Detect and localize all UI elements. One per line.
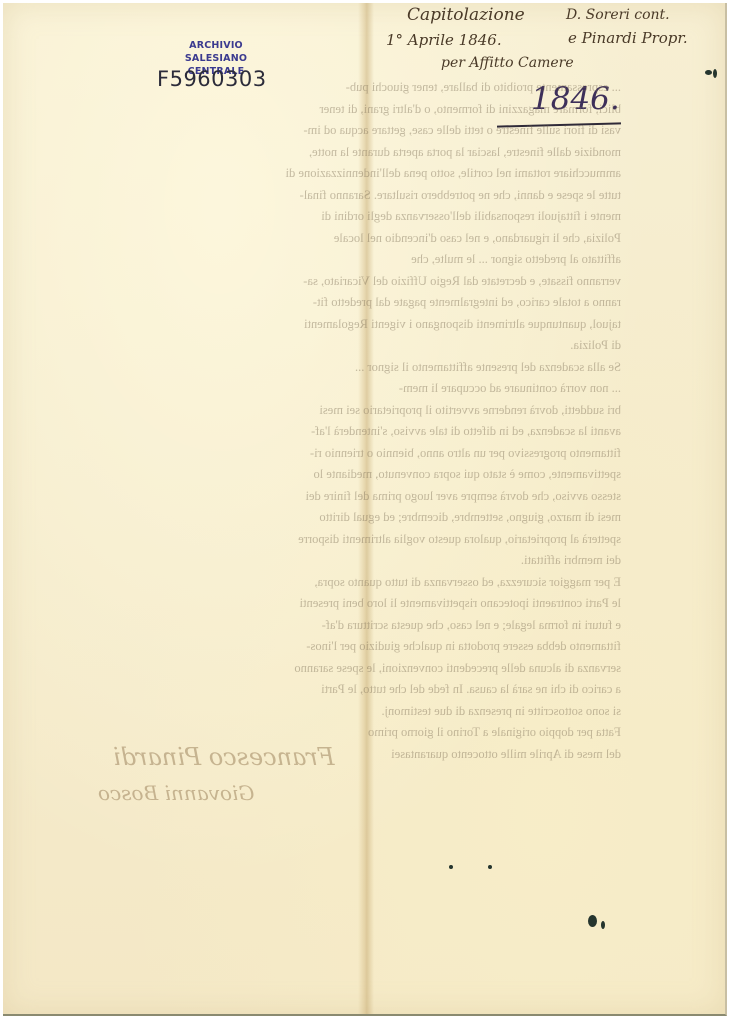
ink-spot [705,70,712,75]
ink-spot [713,69,717,78]
bleed-line: ranno a totale carico, ed integralmente … [135,292,621,314]
bleed-line: stesso avviso, che dovrà sempre aver luo… [135,486,621,508]
handwritten-party2: e Pinardi Propr. [568,29,688,47]
bleed-line: spetterà al proprietario, qualora questo… [135,529,621,551]
document-page: ARCHIVIO SALESIANO CENTRALE F5960303 Cap… [3,3,727,1016]
bleed-line: E per maggior sicurezza, ed osservanza d… [135,572,621,594]
bleed-line: fittamento debba essere prodotta in qual… [135,636,621,658]
bleed-line: fittamento progressivo per un altro anno… [135,443,621,465]
bleed-line: ... espressamente proibito di ballare, t… [135,77,621,99]
bleed-line: ... non vorrà continuare ad occupare li … [135,378,621,400]
bleed-line: blici, formare magazzini di formento, o … [135,99,621,121]
bleed-line: servanza di alcuna delle precedenti conv… [135,658,621,680]
bleed-line: affittato al predetto signor ... le mult… [135,249,621,271]
bleed-line: mente i fittajuoli responsabili dell'oss… [135,206,621,228]
bleed-line: Polizia, che li riguardano, e nel caso d… [135,228,621,250]
bleed-line: si sono sottoscritte in presenza di due … [135,701,621,723]
bleed-line: ammucchiare rottami nel cortile, sotto p… [135,163,621,185]
bleed-line: tutte le spese e danni, che ne potrebber… [135,185,621,207]
bleed-line: tajuol, quantunque altrimenti dispongano… [135,314,621,336]
bleed-line: spettivamente, come è stato qui sopra co… [135,464,621,486]
handwritten-subject: per Affitto Camere [441,55,574,71]
bleed-line: Se alla scadenza del presente affittamen… [135,357,621,379]
bleed-line: mesi di marzo, giugno, settembre, dicemb… [135,507,621,529]
handwritten-date: 1° Aprile 1846. [386,31,502,49]
bleed-line: le Parti contraenti ipotecano rispettiva… [135,593,621,615]
stamp-line-1: ARCHIVIO SALESIANO [166,39,266,65]
handwritten-title: Capitolazione [407,5,525,25]
bleed-line: vasi di fiori sulle finestre o tetti del… [135,120,621,142]
signature-bosco: Giovanni Bosco [98,781,254,805]
bleed-line: e futuri in forma legale; e nel caso, ch… [135,615,621,637]
ink-spot [488,865,492,869]
bleed-line: verranno fissate, e decretate dal Regio … [135,271,621,293]
bleed-line: bri suddetti, dovrà renderne avvertito i… [135,400,621,422]
ink-spot [588,915,597,927]
bleed-line: avanti la scadenza, ed in difetto di tal… [135,421,621,443]
bleed-line: dei membri affittati. [135,550,621,572]
bleed-line: Fatta per doppio originale a Torino il g… [135,722,621,744]
handwritten-party1: D. Soreri cont. [566,7,670,23]
signature-pinardi: Francesco Pinardi [113,743,334,771]
bleed-through-text-block: ... espressamente proibito di ballare, t… [135,77,621,765]
ink-spot [449,865,453,869]
bleed-line: mondizie dalle finestre, lasciar la port… [135,142,621,164]
bleed-line: di Polizia. [135,335,621,357]
ink-spot [601,921,605,929]
bleed-line: a carico di chi ne sarà la causa. In fed… [135,679,621,701]
